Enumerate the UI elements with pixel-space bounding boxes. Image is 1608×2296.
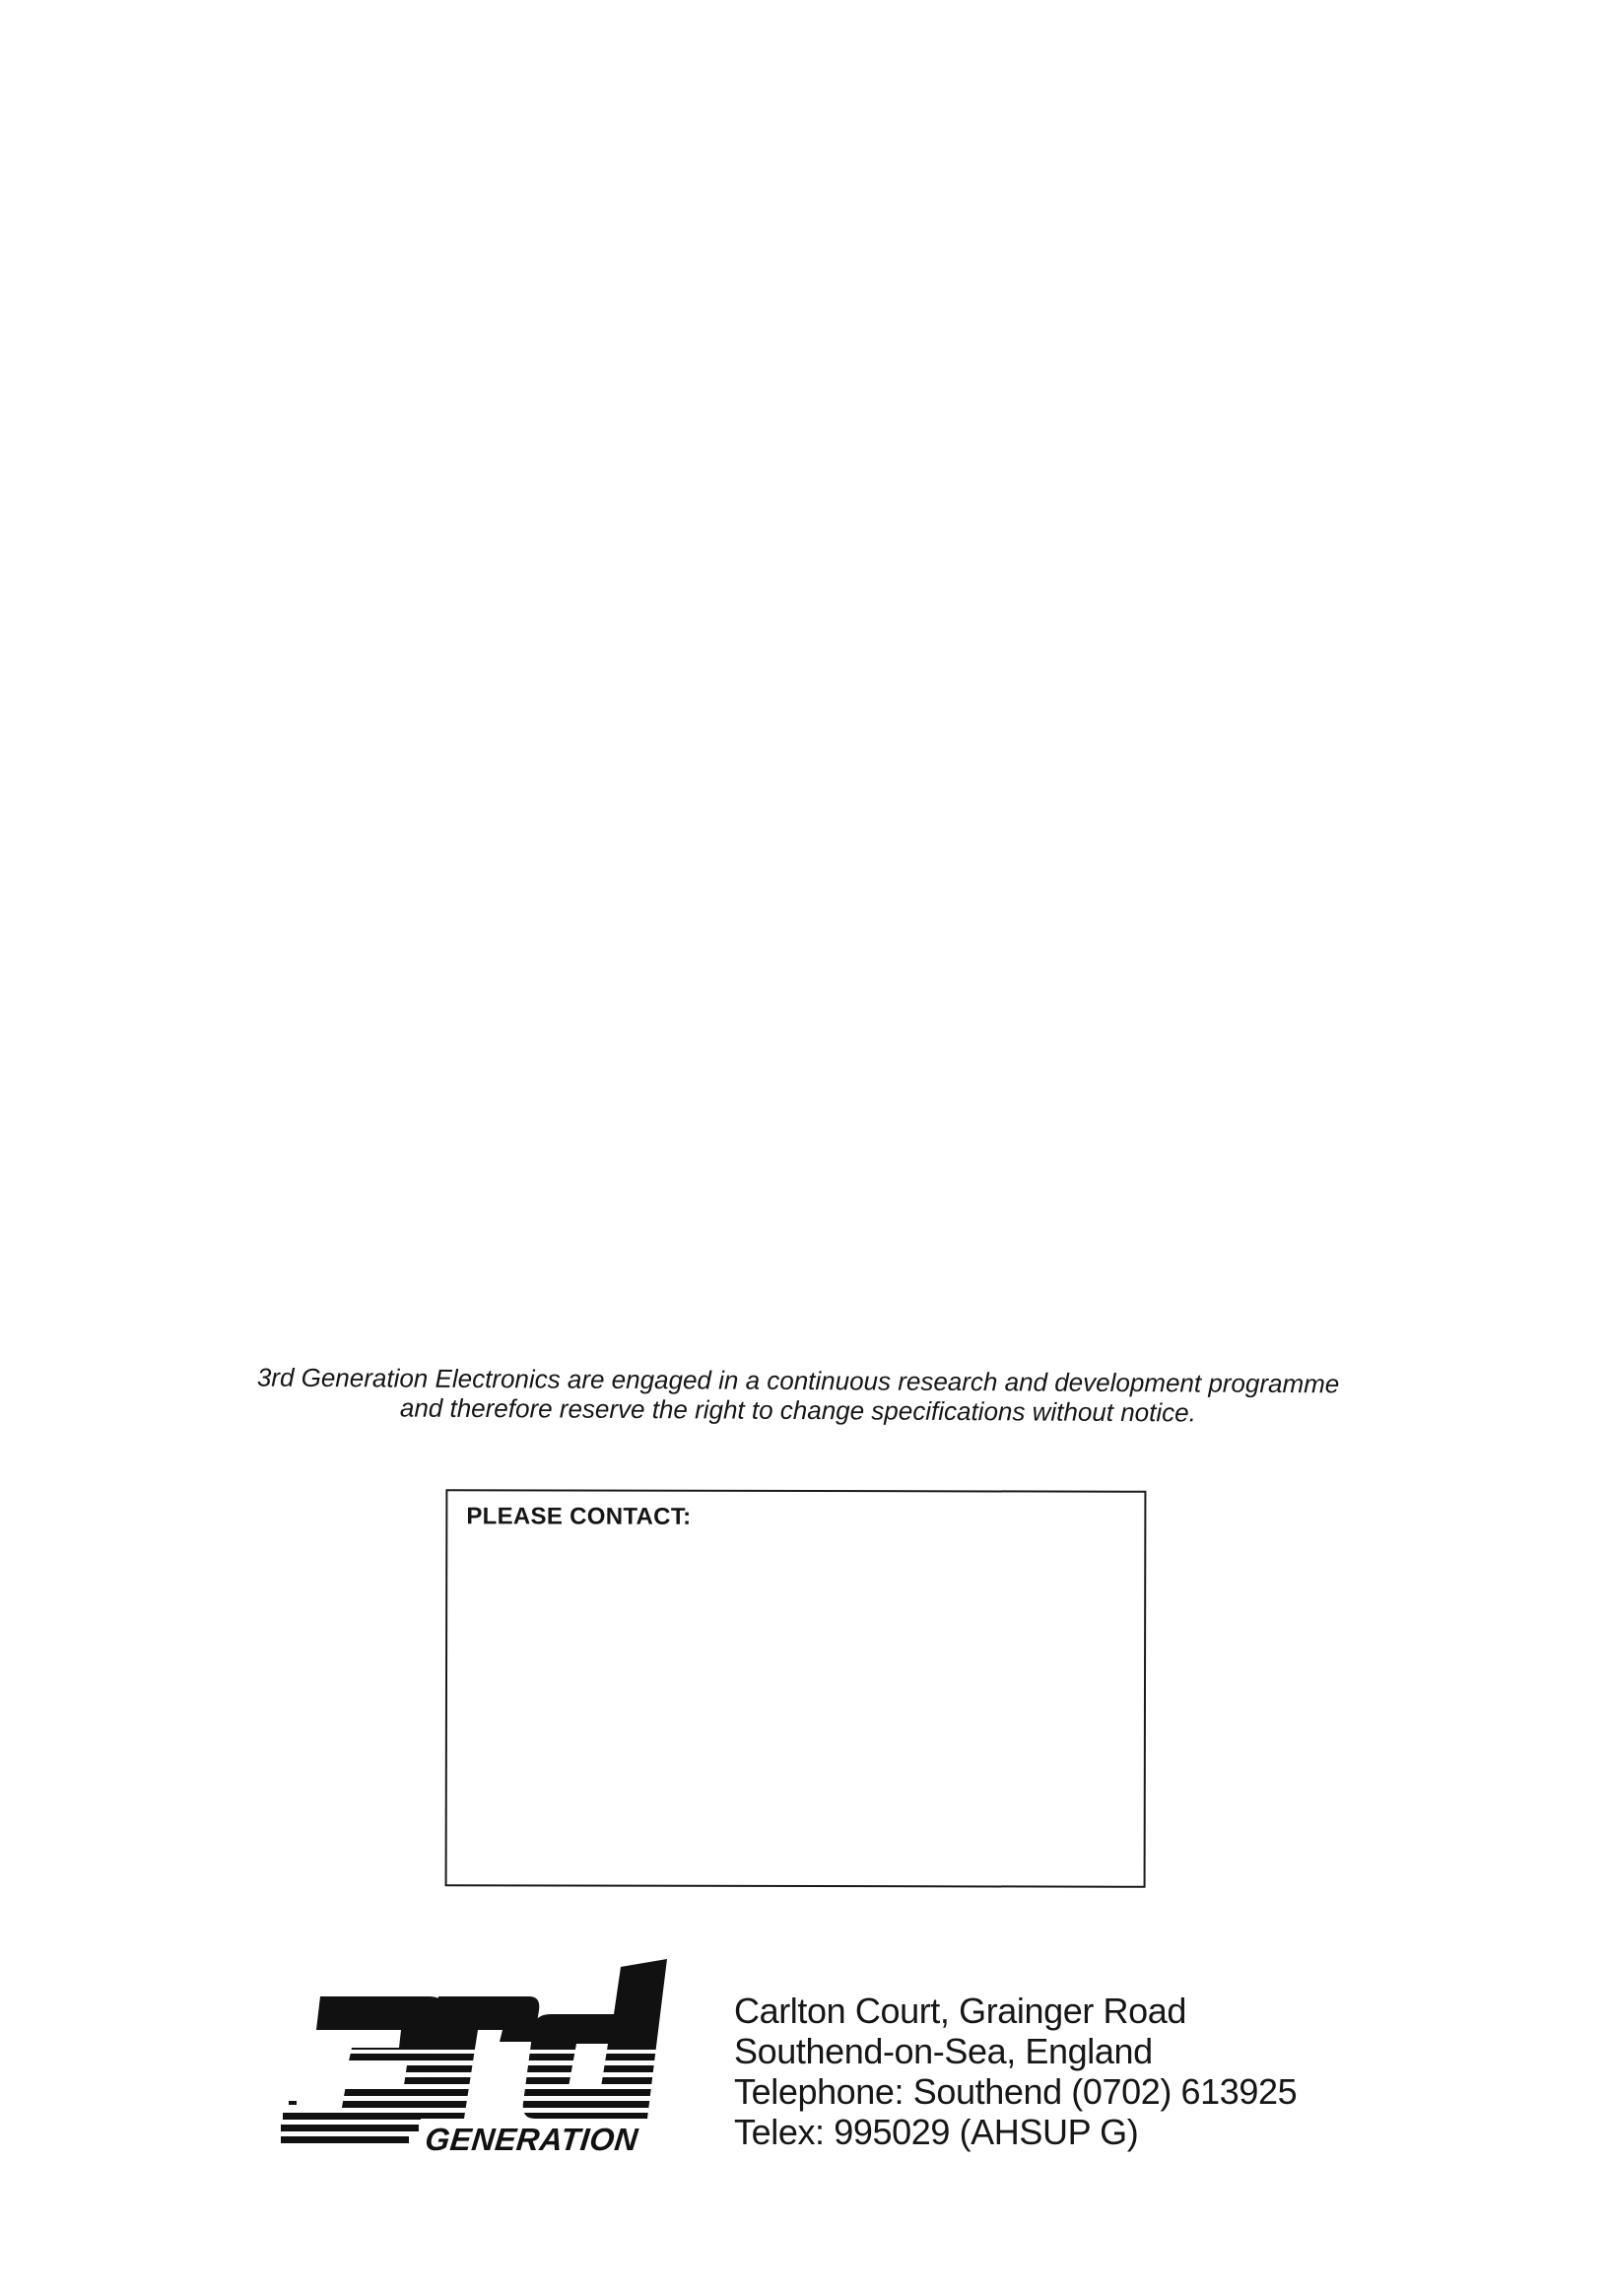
svg-text:GENERATION: GENERATION <box>424 2122 640 2156</box>
contact-box-label: PLEASE CONTACT: <box>466 1503 691 1530</box>
company-address: Carlton Court, Grainger Road Southend-on… <box>734 1991 1297 2152</box>
disclaimer-notice: 3rd Generation Electronics are engaged i… <box>138 1362 1458 1429</box>
address-line-town: Southend-on-Sea, England <box>734 2031 1297 2071</box>
address-line-telex: Telex: 995029 (AHSUP G) <box>734 2112 1297 2152</box>
contact-box: PLEASE CONTACT: <box>445 1489 1147 1887</box>
address-line-telephone: Telephone: Southend (0702) 613925 <box>734 2071 1297 2112</box>
brochure-back-page: 3rd Generation Electronics are engaged i… <box>0 0 1608 2296</box>
3rd-generation-logo-icon: GENERATION <box>281 1939 675 2156</box>
address-line-street: Carlton Court, Grainger Road <box>734 1991 1297 2031</box>
